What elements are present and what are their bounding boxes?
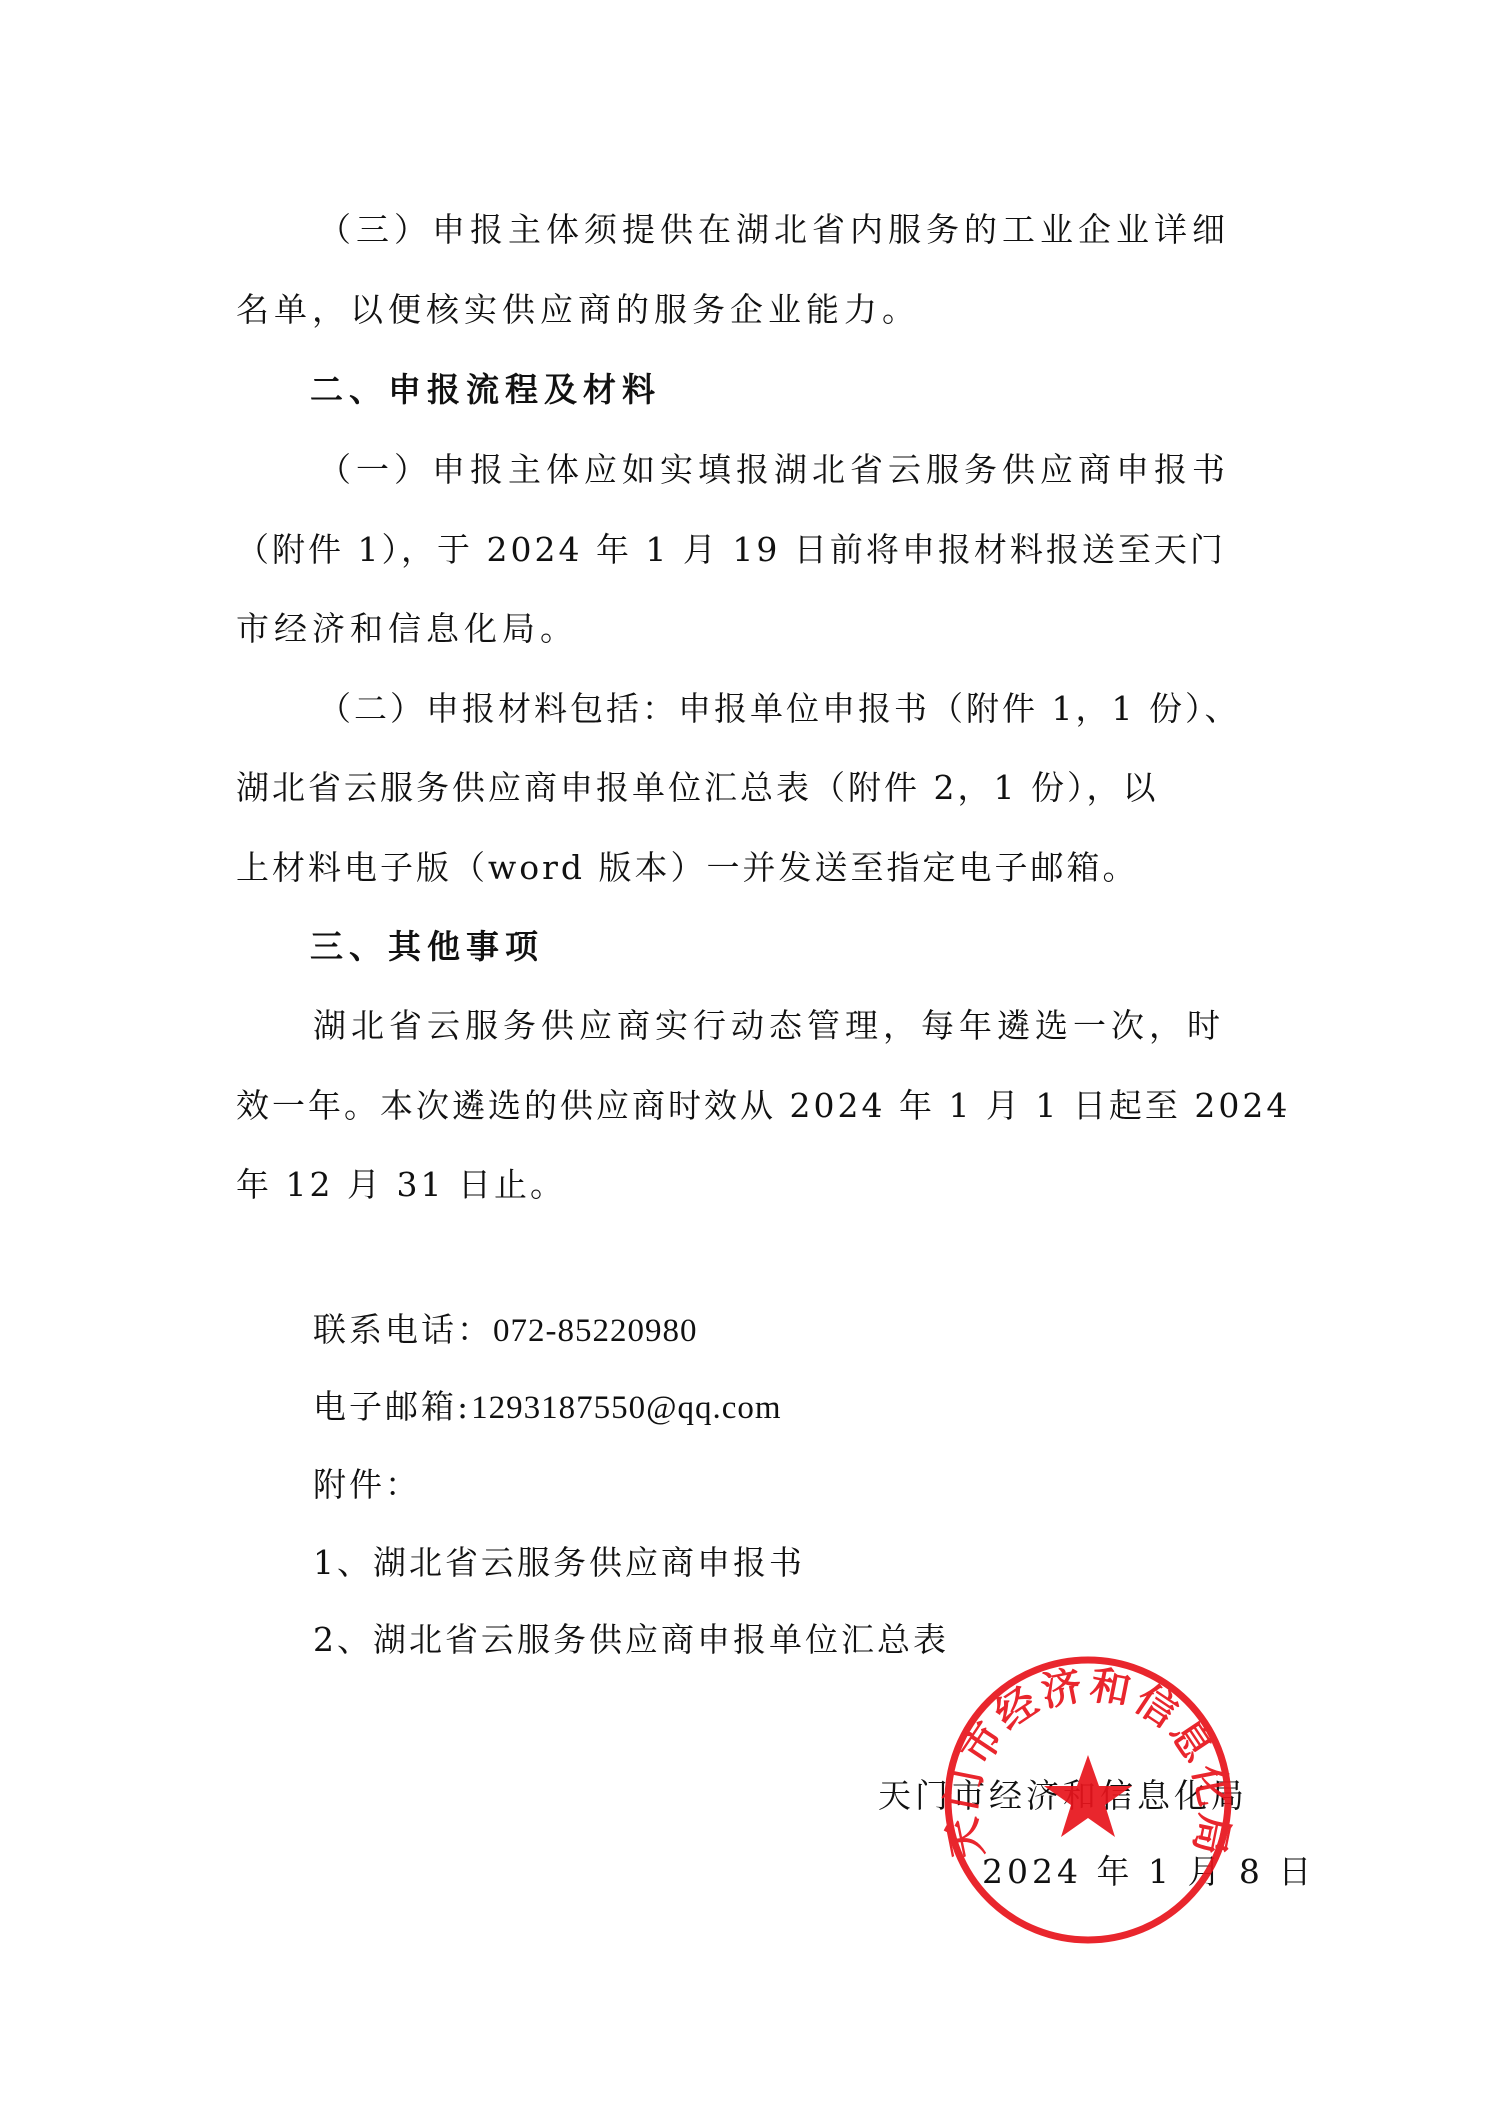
paragraph-line: 市经济和信息化局。 [236, 609, 578, 649]
paragraph-line: 上材料电子版（word 版本）一并发送至指定电子邮箱。 [236, 848, 1139, 888]
attachments-label: 附件： [313, 1465, 421, 1505]
section-heading: 二、申报流程及材料 [310, 370, 661, 410]
phone-number: 072-85220980 [493, 1313, 698, 1349]
paragraph-line: 湖北省云服务供应商申报单位汇总表（附件 2，1 份），以 [236, 768, 1158, 808]
phone-label: 联系电话： [313, 1310, 493, 1349]
paragraph-line: 湖北省云服务供应商实行动态管理，每年遴选一次，时 [313, 1006, 1225, 1046]
paragraph-line: （附件 1），于 2024 年 1 月 19 日前将申报材料报送至天门 [236, 530, 1226, 570]
section-heading: 三、其他事项 [310, 927, 544, 967]
official-seal: 天门市经济和信息化局 [940, 1652, 1236, 1948]
attachment-item: 2、湖北省云服务供应商申报单位汇总表 [313, 1620, 949, 1660]
paragraph-line: （二）申报材料包括：申报单位申报书（附件 1，1 份）、 [318, 689, 1240, 729]
star-icon [1044, 1755, 1132, 1837]
email-address[interactable]: 1293187550@qq.com [471, 1390, 781, 1426]
attachment-item: 1、湖北省云服务供应商申报书 [313, 1543, 805, 1583]
paragraph-line: 效一年。本次遴选的供应商时效从 2024 年 1 月 1 日起至 2024 [236, 1086, 1290, 1126]
paragraph-line: （一）申报主体应如实填报湖北省云服务供应商申报书 [318, 450, 1230, 490]
phone-line: 联系电话：072-85220980 [313, 1310, 698, 1351]
paragraph-line: （三）申报主体须提供在湖北省内服务的工业企业详细 [318, 210, 1230, 250]
paragraph-line: 年 12 月 31 日止。 [236, 1165, 566, 1205]
document-page: （三）申报主体须提供在湖北省内服务的工业企业详细 名单，以便核实供应商的服务企业… [0, 0, 1487, 2105]
email-line: 电子邮箱:1293187550@qq.com [313, 1387, 782, 1428]
paragraph-line: 名单，以便核实供应商的服务企业能力。 [236, 290, 920, 330]
email-label: 电子邮箱: [313, 1387, 471, 1426]
